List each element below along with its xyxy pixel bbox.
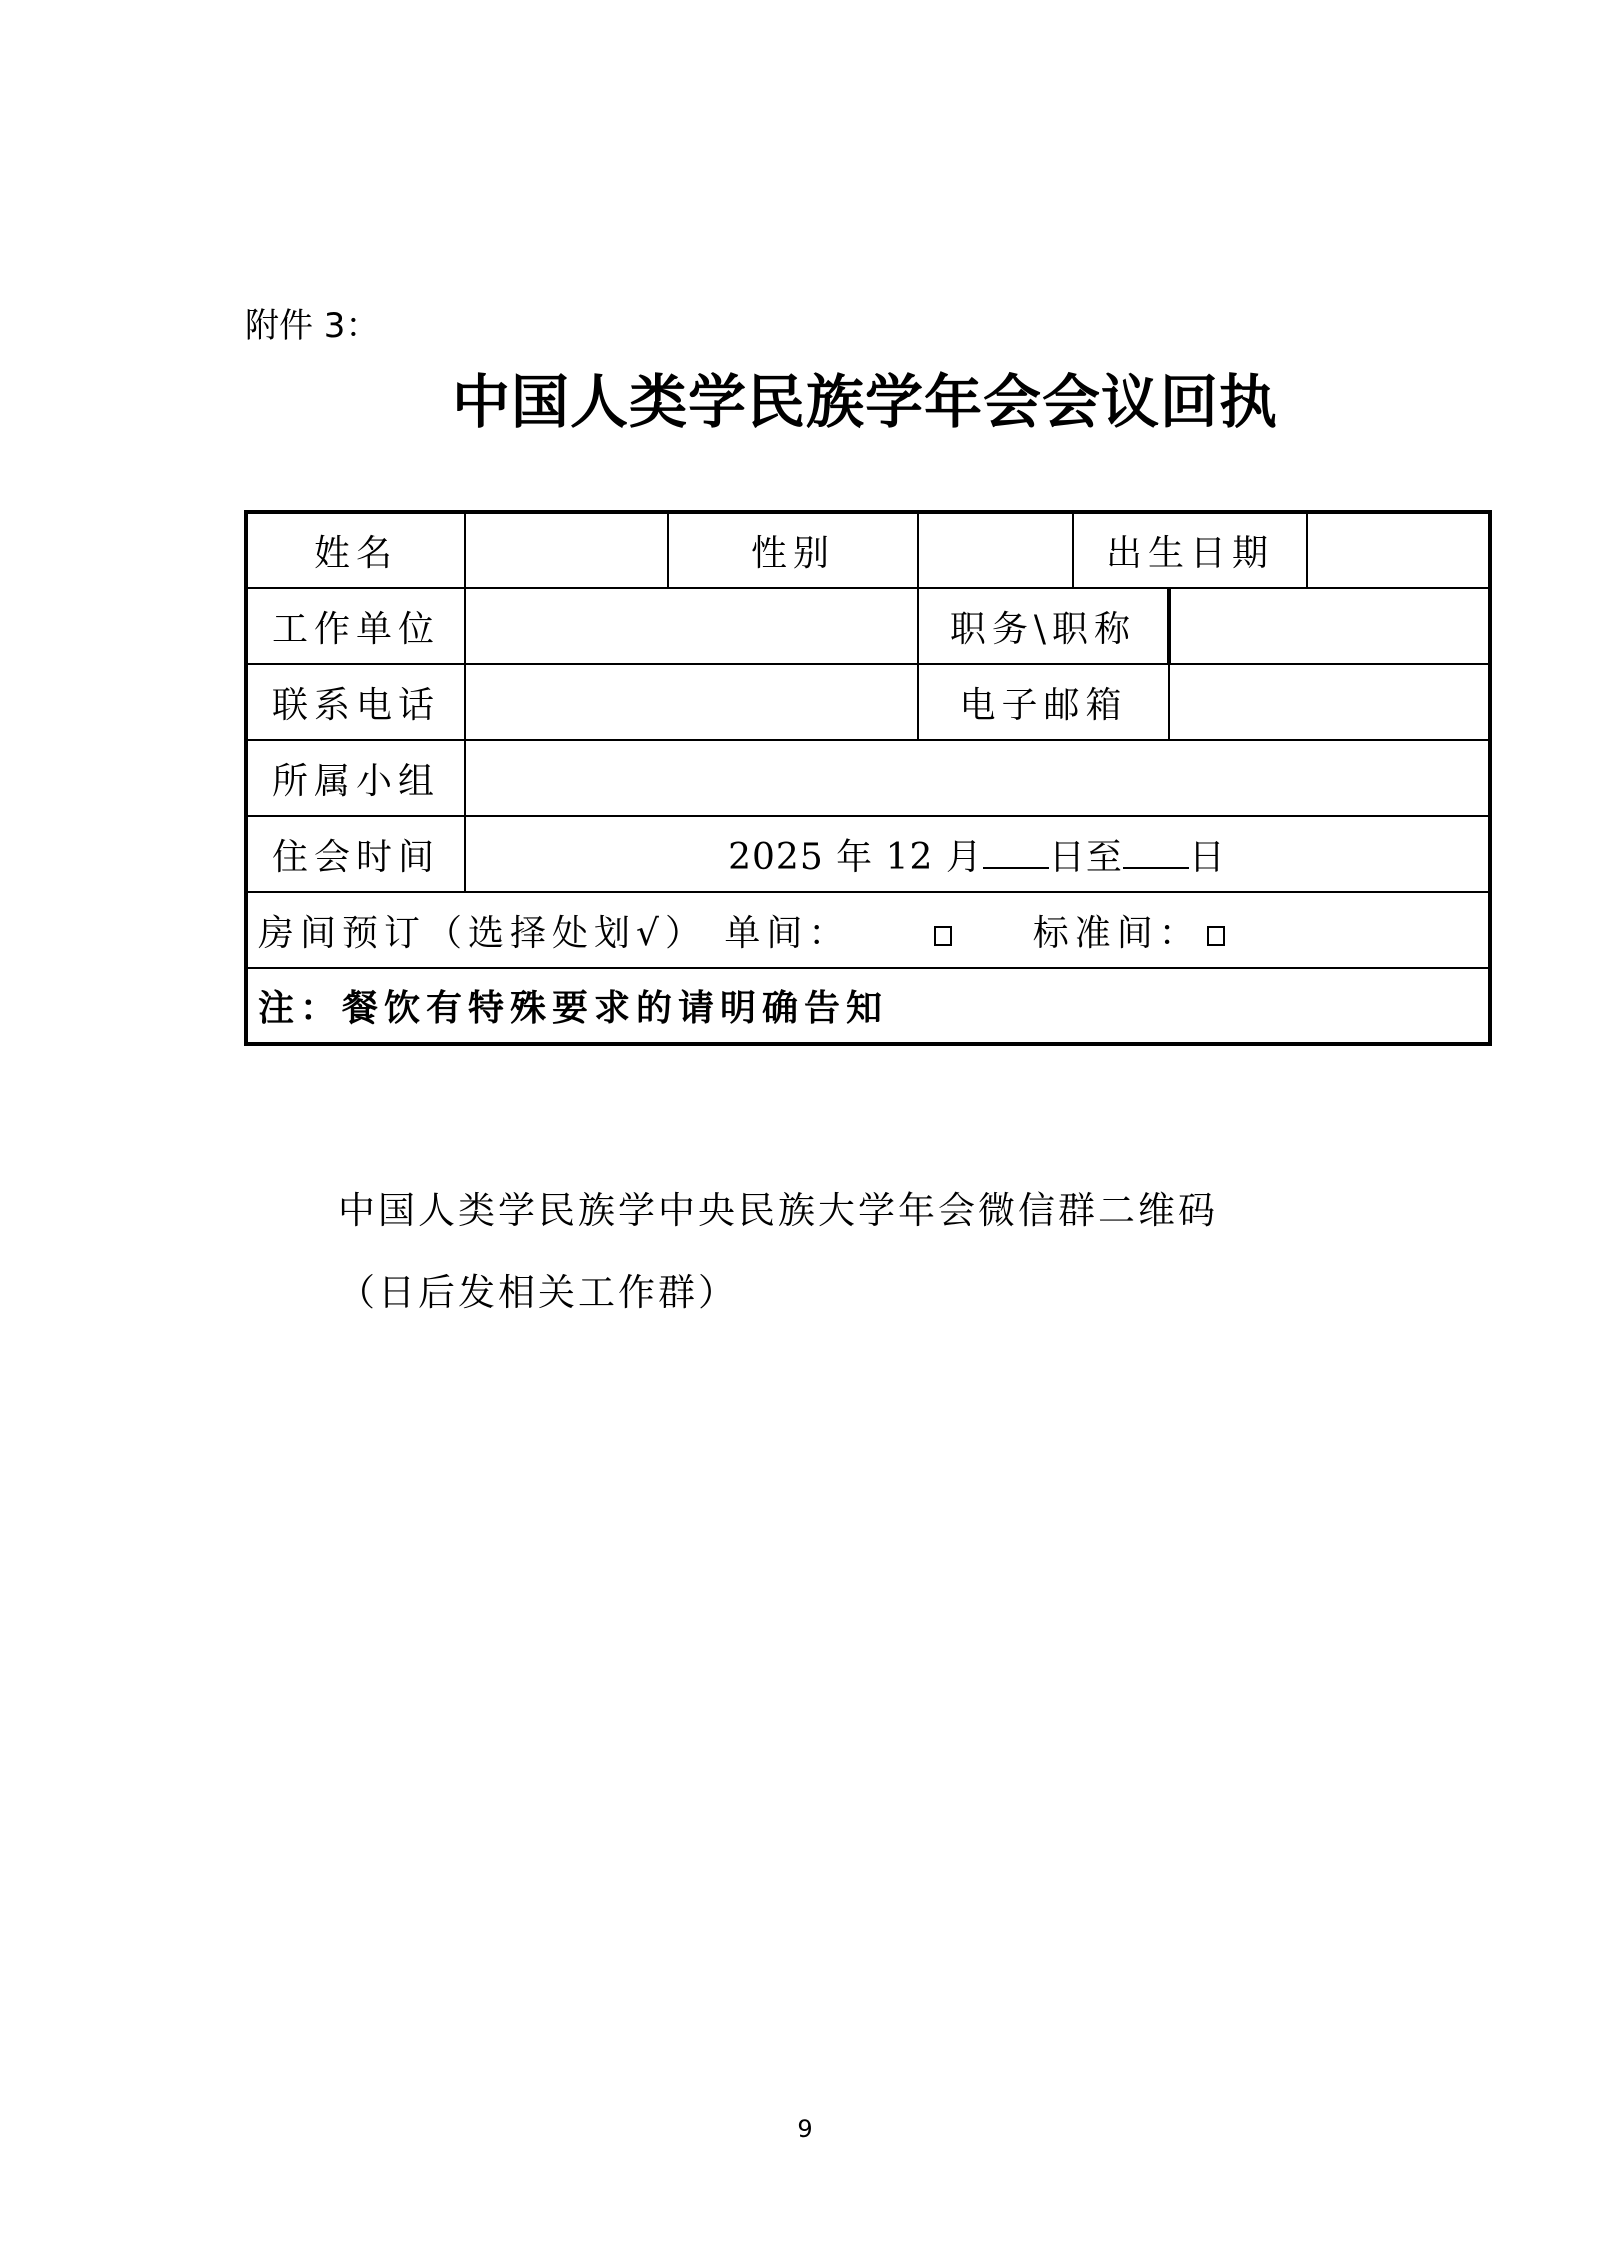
stay-day-suffix: 日 (1189, 837, 1226, 878)
birth-label: 出生日期 (1073, 512, 1307, 588)
email-label: 电子邮箱 (918, 664, 1169, 740)
start-day-blank[interactable] (983, 837, 1049, 869)
position-field[interactable] (1169, 588, 1490, 664)
phone-label: 联系电话 (246, 664, 465, 740)
gender-field[interactable] (918, 512, 1073, 588)
qr-caption: 中国人类学民族学中央民族大学年会微信群二维码 (338, 1180, 1218, 1234)
name-field[interactable] (465, 512, 668, 588)
page-number: 9 (0, 2115, 1600, 2143)
birth-field[interactable] (1307, 512, 1490, 588)
stay-dates: 2025 年 12 月日至日 (465, 816, 1490, 892)
end-day-blank[interactable] (1123, 837, 1189, 869)
attachment-label: 附件 3： (245, 298, 379, 347)
registration-form-table: 姓名 性别 出生日期 工作单位 职务\职称 联系电话 电子邮箱 所属小组 住会时… (244, 510, 1492, 1046)
group-field[interactable] (465, 740, 1490, 816)
dietary-note: 注：餐饮有特殊要求的请明确告知 (246, 968, 1490, 1044)
gender-label: 性别 (668, 512, 918, 588)
room-booking-label: 房间预订（选择处划√） (258, 913, 707, 954)
room-booking-row: 房间预订（选择处划√） 单间： 标准间： (246, 892, 1490, 968)
stay-year-month: 2025 年 12 月 (728, 837, 983, 878)
name-label: 姓名 (246, 512, 465, 588)
single-room-label: 单间： (724, 913, 850, 954)
single-room-checkbox[interactable] (934, 926, 952, 946)
org-field[interactable] (465, 588, 918, 664)
stay-to: 日至 (1049, 837, 1123, 878)
qr-subcaption: （日后发相关工作群） (338, 1262, 738, 1316)
standard-room-label: 标准间： (1033, 913, 1201, 954)
position-label: 职务\职称 (918, 588, 1169, 664)
stay-label: 住会时间 (246, 816, 465, 892)
group-label: 所属小组 (246, 740, 465, 816)
page-title: 中国人类学民族学年会会议回执 (0, 355, 1600, 439)
email-field[interactable] (1169, 664, 1490, 740)
org-label: 工作单位 (246, 588, 465, 664)
standard-room-checkbox[interactable] (1207, 926, 1225, 946)
phone-field[interactable] (465, 664, 918, 740)
